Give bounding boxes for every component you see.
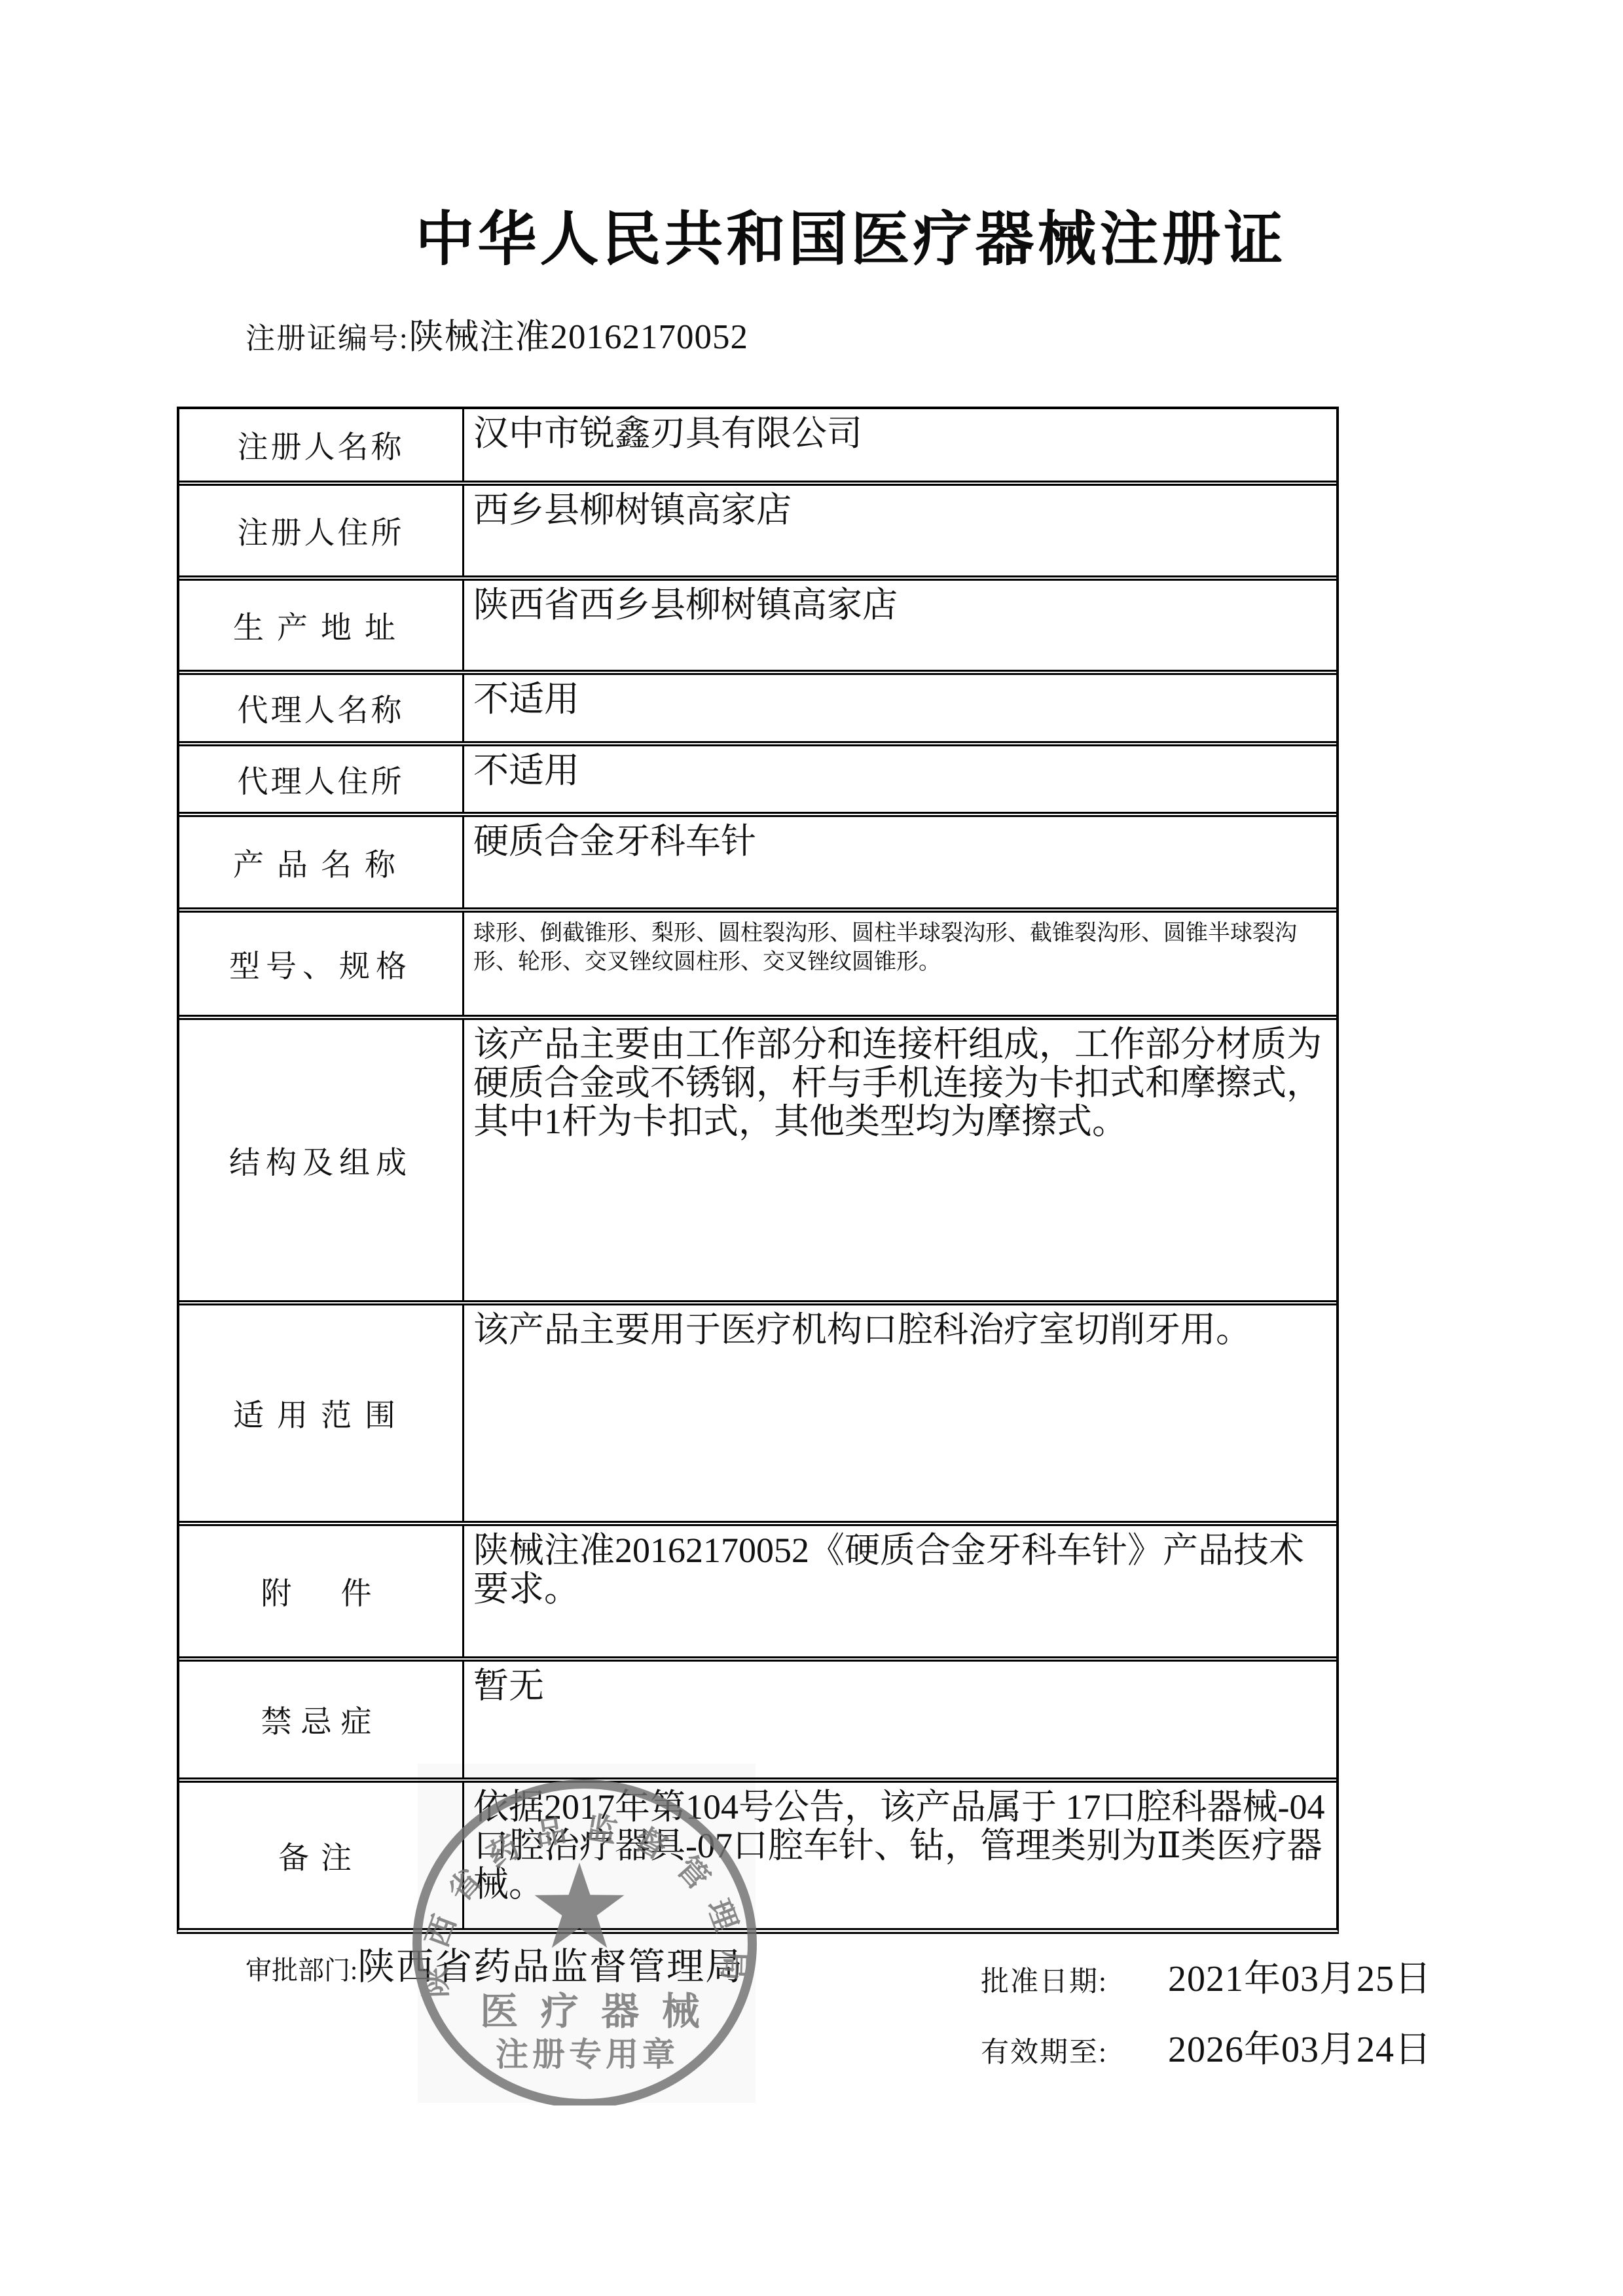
row-value: 汉中市锐鑫刃具有限公司 — [464, 409, 1336, 481]
valid-until-label: 有效期至: — [981, 2030, 1108, 2070]
certificate-page: 中华人民共和国医疗器械注册证 注册证编号: 陕械注准20162170052 注册… — [0, 0, 1623, 2296]
row-label: 备注 — [179, 1783, 464, 1928]
row-value: 西乡县柳树镇高家店 — [464, 486, 1336, 575]
table-row: 适用范围 该产品主要用于医疗机构口腔科治疗室切削牙用。 — [179, 1300, 1336, 1521]
cert-number-label: 注册证编号: — [246, 314, 409, 357]
row-value: 陕西省西乡县柳树镇高家店 — [464, 581, 1336, 670]
row-label: 代理人名称 — [179, 675, 464, 741]
row-label: 生产地址 — [179, 581, 464, 670]
approval-dept-label: 审批部门: — [246, 1950, 357, 1987]
row-value: 不适用 — [464, 746, 1336, 812]
table-row: 附 件 陕械注准20162170052《硬质合金牙科车针》产品技术要求。 — [179, 1521, 1336, 1656]
row-value: 该产品主要由工作部分和连接杆组成，工作部分材质为硬质合金或不锈钢，杆与手机连接为… — [464, 1020, 1336, 1300]
table-row: 备注 依据2017年第104号公告，该产品属于 17口腔科器械-04口腔治疗器具… — [179, 1777, 1336, 1928]
cert-number-value: 陕械注准20162170052 — [409, 309, 749, 359]
stamp-line1: 医 疗 器 械 — [480, 1990, 706, 2033]
row-value: 不适用 — [464, 675, 1336, 741]
row-label: 注册人住所 — [179, 486, 464, 575]
row-value: 陕械注准20162170052《硬质合金牙科车针》产品技术要求。 — [464, 1526, 1336, 1656]
table-row: 注册人名称 汉中市锐鑫刃具有限公司 — [179, 409, 1336, 481]
approval-dept-line: 审批部门: 陕西省药品监督管理局 — [246, 1937, 744, 1990]
row-label: 附 件 — [179, 1526, 464, 1656]
table-row: 代理人名称 不适用 — [179, 670, 1336, 741]
table-row: 生产地址 陕西省西乡县柳树镇高家店 — [179, 575, 1336, 670]
table-row: 产品名称 硬质合金牙科车针 — [179, 812, 1336, 907]
row-label: 代理人住所 — [179, 746, 464, 812]
row-label: 适用范围 — [179, 1305, 464, 1521]
row-value: 暂无 — [464, 1662, 1336, 1777]
row-value: 依据2017年第104号公告，该产品属于 17口腔科器械-04口腔治疗器具-07… — [464, 1783, 1336, 1928]
valid-until-value: 2026年03月24日 — [1168, 2020, 1432, 2073]
row-value: 该产品主要用于医疗机构口腔科治疗室切削牙用。 — [464, 1305, 1336, 1521]
table-row: 型号、规格 球形、倒截锥形、梨形、圆柱裂沟形、圆柱半球裂沟形、截锥裂沟形、圆锥半… — [179, 907, 1336, 1015]
table-row: 代理人住所 不适用 — [179, 741, 1336, 812]
table-row: 注册人住所 西乡县柳树镇高家店 — [179, 481, 1336, 575]
stamp-line2: 注册专用章 — [496, 2036, 679, 2073]
row-label: 禁忌症 — [179, 1662, 464, 1777]
row-label: 注册人名称 — [179, 409, 464, 481]
row-label: 型号、规格 — [179, 913, 464, 1015]
approval-dept-value: 陕西省药品监督管理局 — [357, 1937, 744, 1990]
approve-date-label: 批准日期: — [981, 1959, 1108, 1999]
row-label: 结构及组成 — [179, 1020, 464, 1300]
cert-number-line: 注册证编号: 陕械注准20162170052 — [246, 309, 748, 359]
registration-table: 注册人名称 汉中市锐鑫刃具有限公司 注册人住所 西乡县柳树镇高家店 生产地址 陕… — [177, 407, 1339, 1934]
valid-until-line: 有效期至: 2026年03月24日 — [981, 2020, 1432, 2073]
approve-date-value: 2021年03月25日 — [1168, 1950, 1432, 2002]
row-value: 球形、倒截锥形、梨形、圆柱裂沟形、圆柱半球裂沟形、截锥裂沟形、圆锥半球裂沟形、轮… — [464, 913, 1336, 1015]
row-label: 产品名称 — [179, 817, 464, 907]
row-value: 硬质合金牙科车针 — [464, 817, 1336, 907]
approve-date-line: 批准日期: 2021年03月25日 — [981, 1950, 1432, 2002]
table-row: 结构及组成 该产品主要由工作部分和连接杆组成，工作部分材质为硬质合金或不锈钢，杆… — [179, 1015, 1336, 1300]
page-title: 中华人民共和国医疗器械注册证 — [0, 191, 1623, 276]
table-row: 禁忌症 暂无 — [179, 1656, 1336, 1777]
